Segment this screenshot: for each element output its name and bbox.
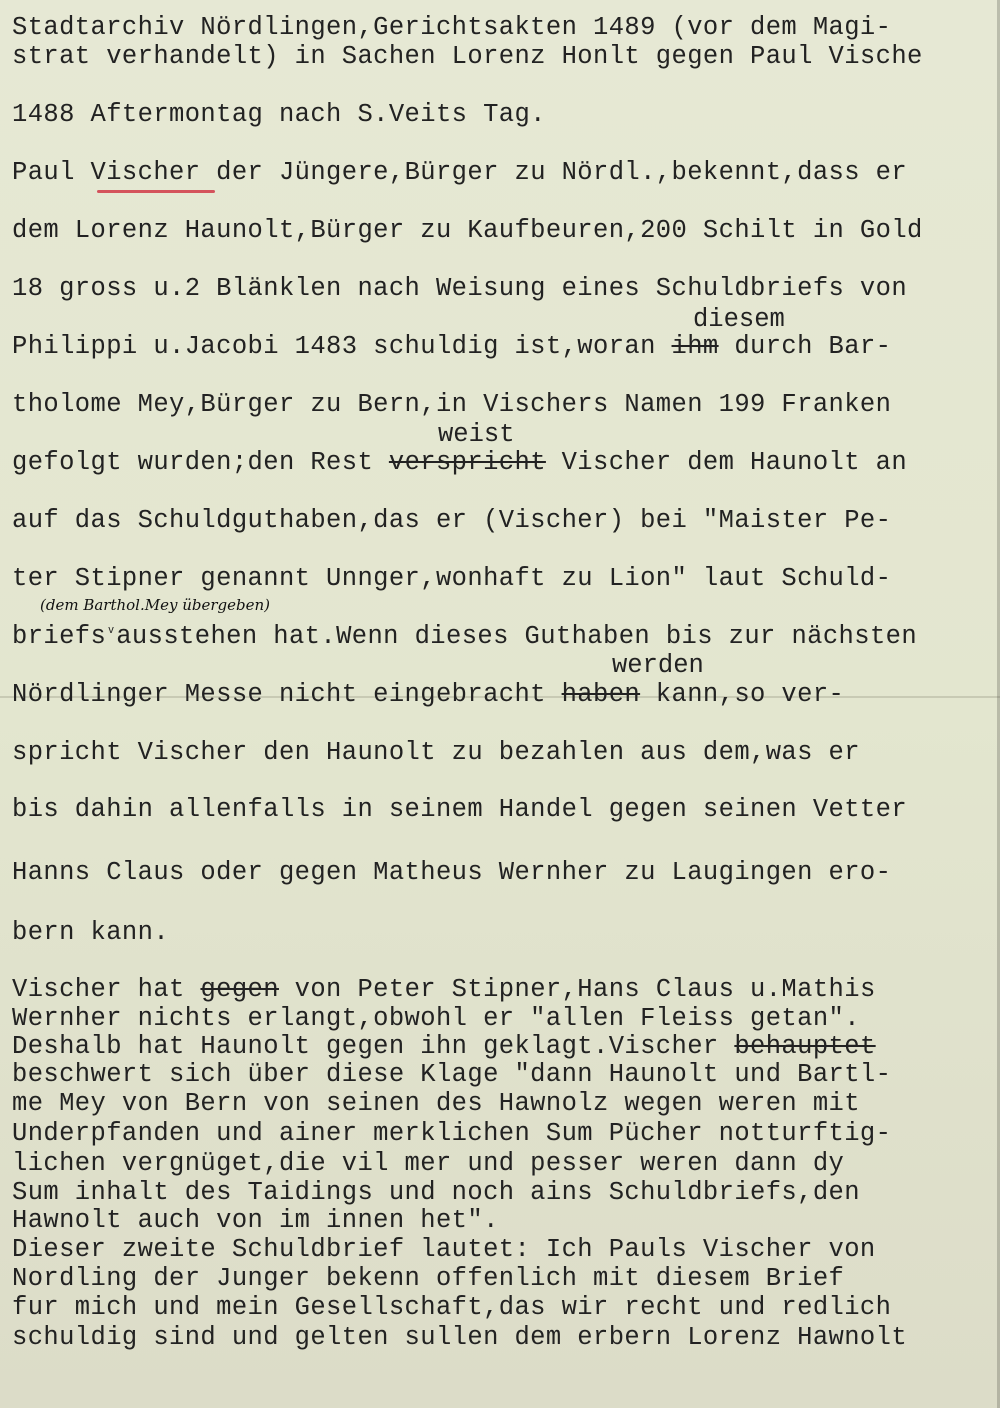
struck-word: haben (562, 680, 641, 709)
p1-line-3: 18 gross u.2 Blänklen nach Weisung eines… (12, 276, 907, 302)
struck-word: ihm (672, 332, 719, 361)
p2-text: Deshalb hat Haunolt gegen ihn geklagt.Vi… (12, 1032, 734, 1061)
struck-word: verspricht (389, 448, 546, 477)
struck-word: behauptet (734, 1032, 875, 1061)
p1-text: kann,so ver- (640, 680, 844, 709)
p1-line-9: briefsᵛausstehen hat.Wenn dieses Guthabe… (12, 624, 917, 650)
p1-text: ausstehen hat.Wenn dieses Guthaben bis z… (116, 622, 917, 651)
underlined-name: Vischer (91, 158, 201, 187)
p1-line-6: gefolgt wurden;den Rest verspricht Visch… (12, 450, 907, 476)
p2-line-8: Sum inhalt des Taidings und noch ains Sc… (12, 1180, 860, 1206)
p2-line-6: Underpfanden und ainer merklichen Sum Pü… (12, 1121, 891, 1147)
p1-text: gefolgt wurden;den Rest (12, 448, 389, 477)
p2-line-11: Nordling der Junger bekenn offenlich mit… (12, 1266, 844, 1292)
p2-line-4: beschwert sich über diese Klage "dann Ha… (12, 1062, 891, 1088)
p2-line-10: Dieser zweite Schuldbrief lautet: Ich Pa… (12, 1237, 876, 1263)
p2-line-3: Deshalb hat Haunolt gegen ihn geklagt.Vi… (12, 1034, 876, 1060)
p2-line-5: me Mey von Bern von seinen des Hawnolz w… (12, 1091, 860, 1117)
p2-text: Vischer hat (12, 975, 200, 1004)
p1-line-7: auf das Schuldguthaben,das er (Vischer) … (12, 508, 891, 534)
p1-line-14: bern kann. (12, 920, 169, 946)
inserted-word: weist (438, 422, 515, 448)
p1-line-12: bis dahin allenfalls in seinem Handel ge… (12, 797, 907, 823)
handwritten-annotation: (dem Barthol.Mey übergeben) (40, 596, 270, 614)
p1-text: briefs (12, 622, 106, 651)
p2-line-12: fur mich und mein Gesellschaft,das wir r… (12, 1295, 891, 1321)
p1-line-1: Paul Vischer der Jüngere,Bürger zu Nördl… (12, 160, 907, 186)
p1-text: durch Bar- (719, 332, 892, 361)
struck-word: gegen (200, 975, 279, 1004)
header-line-2: strat verhandelt) in Sachen Lorenz Honlt… (12, 44, 923, 70)
p1-text: Nördlinger Messe nicht eingebracht (12, 680, 562, 709)
p2-line-2: Wernher nichts erlangt,obwohl er "allen … (12, 1006, 860, 1032)
document-page: Stadtarchiv Nördlingen,Gerichtsakten 148… (0, 0, 1000, 1408)
inserted-word: werden (612, 653, 704, 679)
red-underline-mark (97, 190, 215, 193)
p1-line-8: ter Stipner genannt Unnger,wonhaft zu Li… (12, 566, 891, 592)
p1-text: Vischer dem Haunolt an (546, 448, 907, 477)
p1-line-10: Nördlinger Messe nicht eingebracht haben… (12, 682, 844, 708)
p1-text: Philippi u.Jacobi 1483 schuldig ist,wora… (12, 332, 672, 361)
p2-text: von Peter Stipner,Hans Claus u.Mathis (279, 975, 876, 1004)
p1-line-2: dem Lorenz Haunolt,Bürger zu Kaufbeuren,… (12, 218, 923, 244)
p2-line-1: Vischer hat gegen von Peter Stipner,Hans… (12, 977, 876, 1003)
p2-line-9: Hawnolt auch von im innen het". (12, 1208, 499, 1234)
p2-line-7: lichen vergnüget,die vil mer und pesser … (12, 1151, 844, 1177)
inserted-word: diesem (693, 307, 785, 333)
header-line-1: Stadtarchiv Nördlingen,Gerichtsakten 148… (12, 15, 891, 41)
p1-line-11: spricht Vischer den Haunolt zu bezahlen … (12, 740, 860, 766)
insertion-caret-icon: ᵛ (106, 624, 116, 642)
p1-text: der Jüngere,Bürger zu Nördl.,bekennt,das… (200, 158, 907, 187)
p1-line-5: tholome Mey,Bürger zu Bern,in Vischers N… (12, 392, 891, 418)
p1-line-13: Hanns Claus oder gegen Matheus Wernher z… (12, 860, 891, 886)
p2-line-13: schuldig sind und gelten sullen dem erbe… (12, 1325, 907, 1351)
p1-text: Paul (12, 158, 91, 187)
p1-line-4: Philippi u.Jacobi 1483 schuldig ist,wora… (12, 334, 891, 360)
date-line: 1488 Aftermontag nach S.Veits Tag. (12, 102, 546, 128)
